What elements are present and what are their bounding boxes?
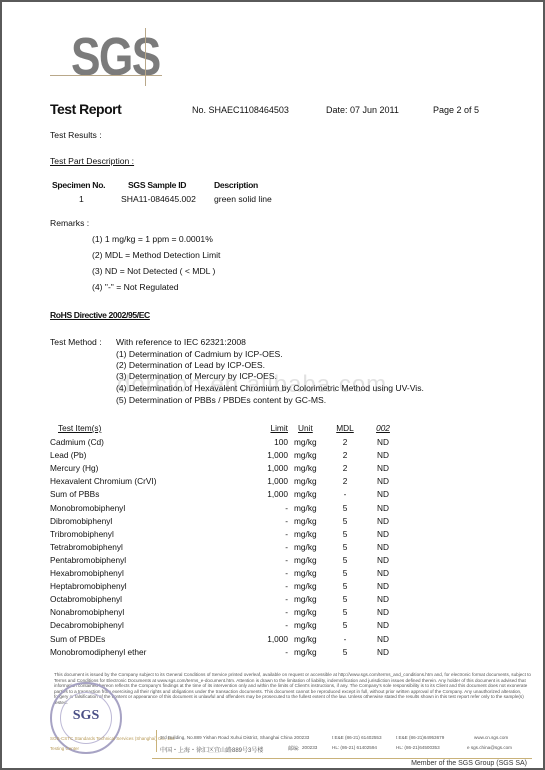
specimen-header-no: Specimen No. — [52, 180, 105, 190]
mdl-value: 5 — [330, 542, 360, 552]
report-title: Test Report — [50, 101, 121, 117]
table-header-row: Test Item(s) Limit Unit MDL 002 — [50, 423, 400, 436]
limit-value: - — [254, 529, 288, 539]
mdl-value: 5 — [330, 503, 360, 513]
unit-value: mg/kg — [294, 568, 317, 578]
item-name: Tetrabromobiphenyl — [50, 542, 123, 552]
limit-value: 1,000 — [254, 634, 288, 644]
mdl-value: 2 — [330, 476, 360, 486]
remarks-label: Remarks : — [50, 218, 89, 228]
mdl-value: 5 — [330, 568, 360, 578]
unit-value: mg/kg — [294, 607, 317, 617]
test-method-reference: With reference to IEC 62321:2008 — [116, 337, 246, 347]
mdl-value: 5 — [330, 555, 360, 565]
mdl-value: 2 — [330, 463, 360, 473]
report-number: No. SHAEC1108464503 — [192, 105, 289, 115]
tel-1: t E&E (86-21) 61402553 — [332, 735, 382, 740]
report-date: Date: 07 Jun 2011 — [326, 105, 399, 115]
col-header-unit: Unit — [298, 423, 313, 433]
watermark: dorclon.en.alibaba.com — [117, 371, 387, 399]
item-name: Pentabromobiphenyl — [50, 555, 126, 565]
table-row: Sum of PBDEs1,000mg/kg-ND — [50, 634, 400, 647]
postcode-label: 邮编: — [288, 745, 299, 752]
limit-value: - — [254, 516, 288, 526]
item-name: Lead (Pb) — [50, 450, 86, 460]
tel-2: t E&E (86-21)64953679 — [396, 735, 444, 740]
table-row: Dibromobiphenyl-mg/kg5ND — [50, 516, 400, 529]
logo-vline — [145, 28, 146, 86]
item-name: Mercury (Hg) — [50, 463, 98, 473]
item-name: Heptabromobiphenyl — [50, 581, 127, 591]
result-value: ND — [368, 634, 398, 644]
unit-value: mg/kg — [294, 463, 317, 473]
table-row: Decabromobiphenyl-mg/kg5ND — [50, 620, 400, 633]
item-name: Monobromobiphenyl — [50, 503, 125, 513]
fax-2: HL: (86-21)64500353 — [396, 745, 440, 750]
mdl-value: 2 — [330, 450, 360, 460]
postcode-cn: 200233 — [302, 745, 317, 750]
unit-value: mg/kg — [294, 647, 317, 657]
specimen-no: 1 — [79, 194, 84, 204]
col-header-limit: Limit — [254, 423, 288, 433]
result-value: ND — [368, 620, 398, 630]
table-row: Mercury (Hg)1,000mg/kg2ND — [50, 463, 400, 476]
result-value: ND — [368, 463, 398, 473]
result-value: ND — [368, 516, 398, 526]
table-row: Hexavalent Chromium (CrVI)1,000mg/kg2ND — [50, 476, 400, 489]
mdl-value: - — [330, 634, 360, 644]
item-name: Cadmium (Cd) — [50, 437, 104, 447]
unit-value: mg/kg — [294, 620, 317, 630]
postcode-en: 200233 — [294, 735, 309, 740]
item-name: Octabromobiphenyl — [50, 594, 122, 604]
remark-item: (4) "-" = Not Regulated — [92, 282, 179, 292]
item-name: Sum of PBBs — [50, 489, 99, 499]
test-method-item: (1) Determination of Cadmium by ICP-OES. — [116, 349, 283, 359]
result-value: ND — [368, 437, 398, 447]
remark-item: (2) MDL = Method Detection Limit — [92, 250, 220, 260]
result-value: ND — [368, 647, 398, 657]
remark-item: (3) ND = Not Detected ( < MDL ) — [92, 266, 215, 276]
table-row: Octabromobiphenyl-mg/kg5ND — [50, 594, 400, 607]
unit-value: mg/kg — [294, 529, 317, 539]
table-row: Monobromodiphenyl ether-mg/kg5ND — [50, 647, 400, 660]
test-method-item: (2) Determination of Lead by ICP-OES. — [116, 360, 265, 370]
footer-rule — [152, 758, 532, 759]
test-results-label: Test Results : — [50, 130, 102, 140]
stamp-text: SGS — [52, 708, 120, 724]
specimen-header-desc: Description — [214, 180, 258, 190]
limit-value: 1,000 — [254, 450, 288, 460]
specimen-header-id: SGS Sample ID — [128, 180, 186, 190]
website-link[interactable]: www.cn.sgs.com — [474, 735, 508, 740]
table-row: Pentabromobiphenyl-mg/kg5ND — [50, 555, 400, 568]
footer-disclaimer: This document is issued by the Company s… — [54, 672, 532, 706]
result-value: ND — [368, 489, 398, 499]
item-name: Nonabromobiphenyl — [50, 607, 124, 617]
limit-value: - — [254, 647, 288, 657]
unit-value: mg/kg — [294, 594, 317, 604]
sample-id: SHA11-084645.002 — [121, 194, 196, 204]
remark-item: (1) 1 mg/kg = 1 ppm = 0.0001% — [92, 234, 213, 244]
unit-value: mg/kg — [294, 450, 317, 460]
mdl-value: 5 — [330, 516, 360, 526]
unit-value: mg/kg — [294, 542, 317, 552]
table-row: Cadmium (Cd)100mg/kg2ND — [50, 437, 400, 450]
sample-description: green solid line — [214, 194, 272, 204]
table-row: Monobromobiphenyl-mg/kg5ND — [50, 503, 400, 516]
result-value: ND — [368, 607, 398, 617]
unit-value: mg/kg — [294, 489, 317, 499]
sgs-logo: SGS — [50, 28, 162, 90]
table-row: Tetrabromobiphenyl-mg/kg5ND — [50, 542, 400, 555]
result-value: ND — [368, 581, 398, 591]
address-cn: 中国・上海・徐汇区宜山路889号3号楼 — [160, 745, 263, 754]
mdl-value: 5 — [330, 594, 360, 604]
col-header-mdl: MDL — [330, 423, 360, 433]
test-method-label: Test Method : — [50, 337, 102, 347]
item-name: Hexavalent Chromium (CrVI) — [50, 476, 157, 486]
table-row: Tribromobiphenyl-mg/kg5ND — [50, 529, 400, 542]
limit-value: - — [254, 581, 288, 591]
col-header-result: 002 — [368, 423, 398, 433]
limit-value: - — [254, 555, 288, 565]
unit-value: mg/kg — [294, 437, 317, 447]
unit-value: mg/kg — [294, 503, 317, 513]
email-link[interactable]: e sgs.china@sgs.com — [467, 745, 512, 750]
unit-value: mg/kg — [294, 516, 317, 526]
result-value: ND — [368, 542, 398, 552]
result-value: ND — [368, 529, 398, 539]
mdl-value: 2 — [330, 437, 360, 447]
unit-value: mg/kg — [294, 581, 317, 591]
limit-value: 1,000 — [254, 489, 288, 499]
directive-heading: RoHS Directive 2002/95/EC — [50, 310, 150, 320]
page-indicator: Page 2 of 5 — [433, 105, 479, 115]
limit-value: - — [254, 594, 288, 604]
unit-value: mg/kg — [294, 555, 317, 565]
mdl-value: 5 — [330, 620, 360, 630]
limit-value: 1,000 — [254, 463, 288, 473]
limit-value: - — [254, 542, 288, 552]
limit-value: - — [254, 620, 288, 630]
result-value: ND — [368, 568, 398, 578]
limit-value: - — [254, 607, 288, 617]
member-note: Member of the SGS Group (SGS SA) — [411, 760, 527, 767]
table-row: Hexabromobiphenyl-mg/kg5ND — [50, 568, 400, 581]
item-name: Tribromobiphenyl — [50, 529, 114, 539]
footer-divider — [156, 730, 157, 752]
result-value: ND — [368, 594, 398, 604]
limit-value: 1,000 — [254, 476, 288, 486]
item-name: Decabromobiphenyl — [50, 620, 124, 630]
result-value: ND — [368, 555, 398, 565]
result-value: ND — [368, 476, 398, 486]
unit-value: mg/kg — [294, 476, 317, 486]
table-row: Heptabromobiphenyl-mg/kg5ND — [50, 581, 400, 594]
table-row: Lead (Pb)1,000mg/kg2ND — [50, 450, 400, 463]
mdl-value: 5 — [330, 607, 360, 617]
part-description-label: Test Part Description : — [50, 156, 134, 166]
col-header-item: Test Item(s) — [58, 423, 101, 433]
item-name: Monobromodiphenyl ether — [50, 647, 146, 657]
limit-value: - — [254, 568, 288, 578]
table-row: Nonabromobiphenyl-mg/kg5ND — [50, 607, 400, 620]
item-name: Hexabromobiphenyl — [50, 568, 124, 578]
mdl-value: - — [330, 489, 360, 499]
limit-value: 100 — [254, 437, 288, 447]
mdl-value: 5 — [330, 647, 360, 657]
address-en: 3rd Building, No.889 Yishan Road Xuhui D… — [160, 735, 293, 740]
mdl-value: 5 — [330, 529, 360, 539]
item-name: Sum of PBDEs — [50, 634, 105, 644]
limit-value: - — [254, 503, 288, 513]
result-value: ND — [368, 450, 398, 460]
result-value: ND — [368, 503, 398, 513]
unit-value: mg/kg — [294, 634, 317, 644]
document-page: SGS Test Report No. SHAEC1108464503 Date… — [0, 0, 545, 770]
table-row: Sum of PBBs1,000mg/kg-ND — [50, 489, 400, 502]
fax-1: HL: (86-21) 61402594 — [332, 745, 377, 750]
item-name: Dibromobiphenyl — [50, 516, 112, 526]
mdl-value: 5 — [330, 581, 360, 591]
